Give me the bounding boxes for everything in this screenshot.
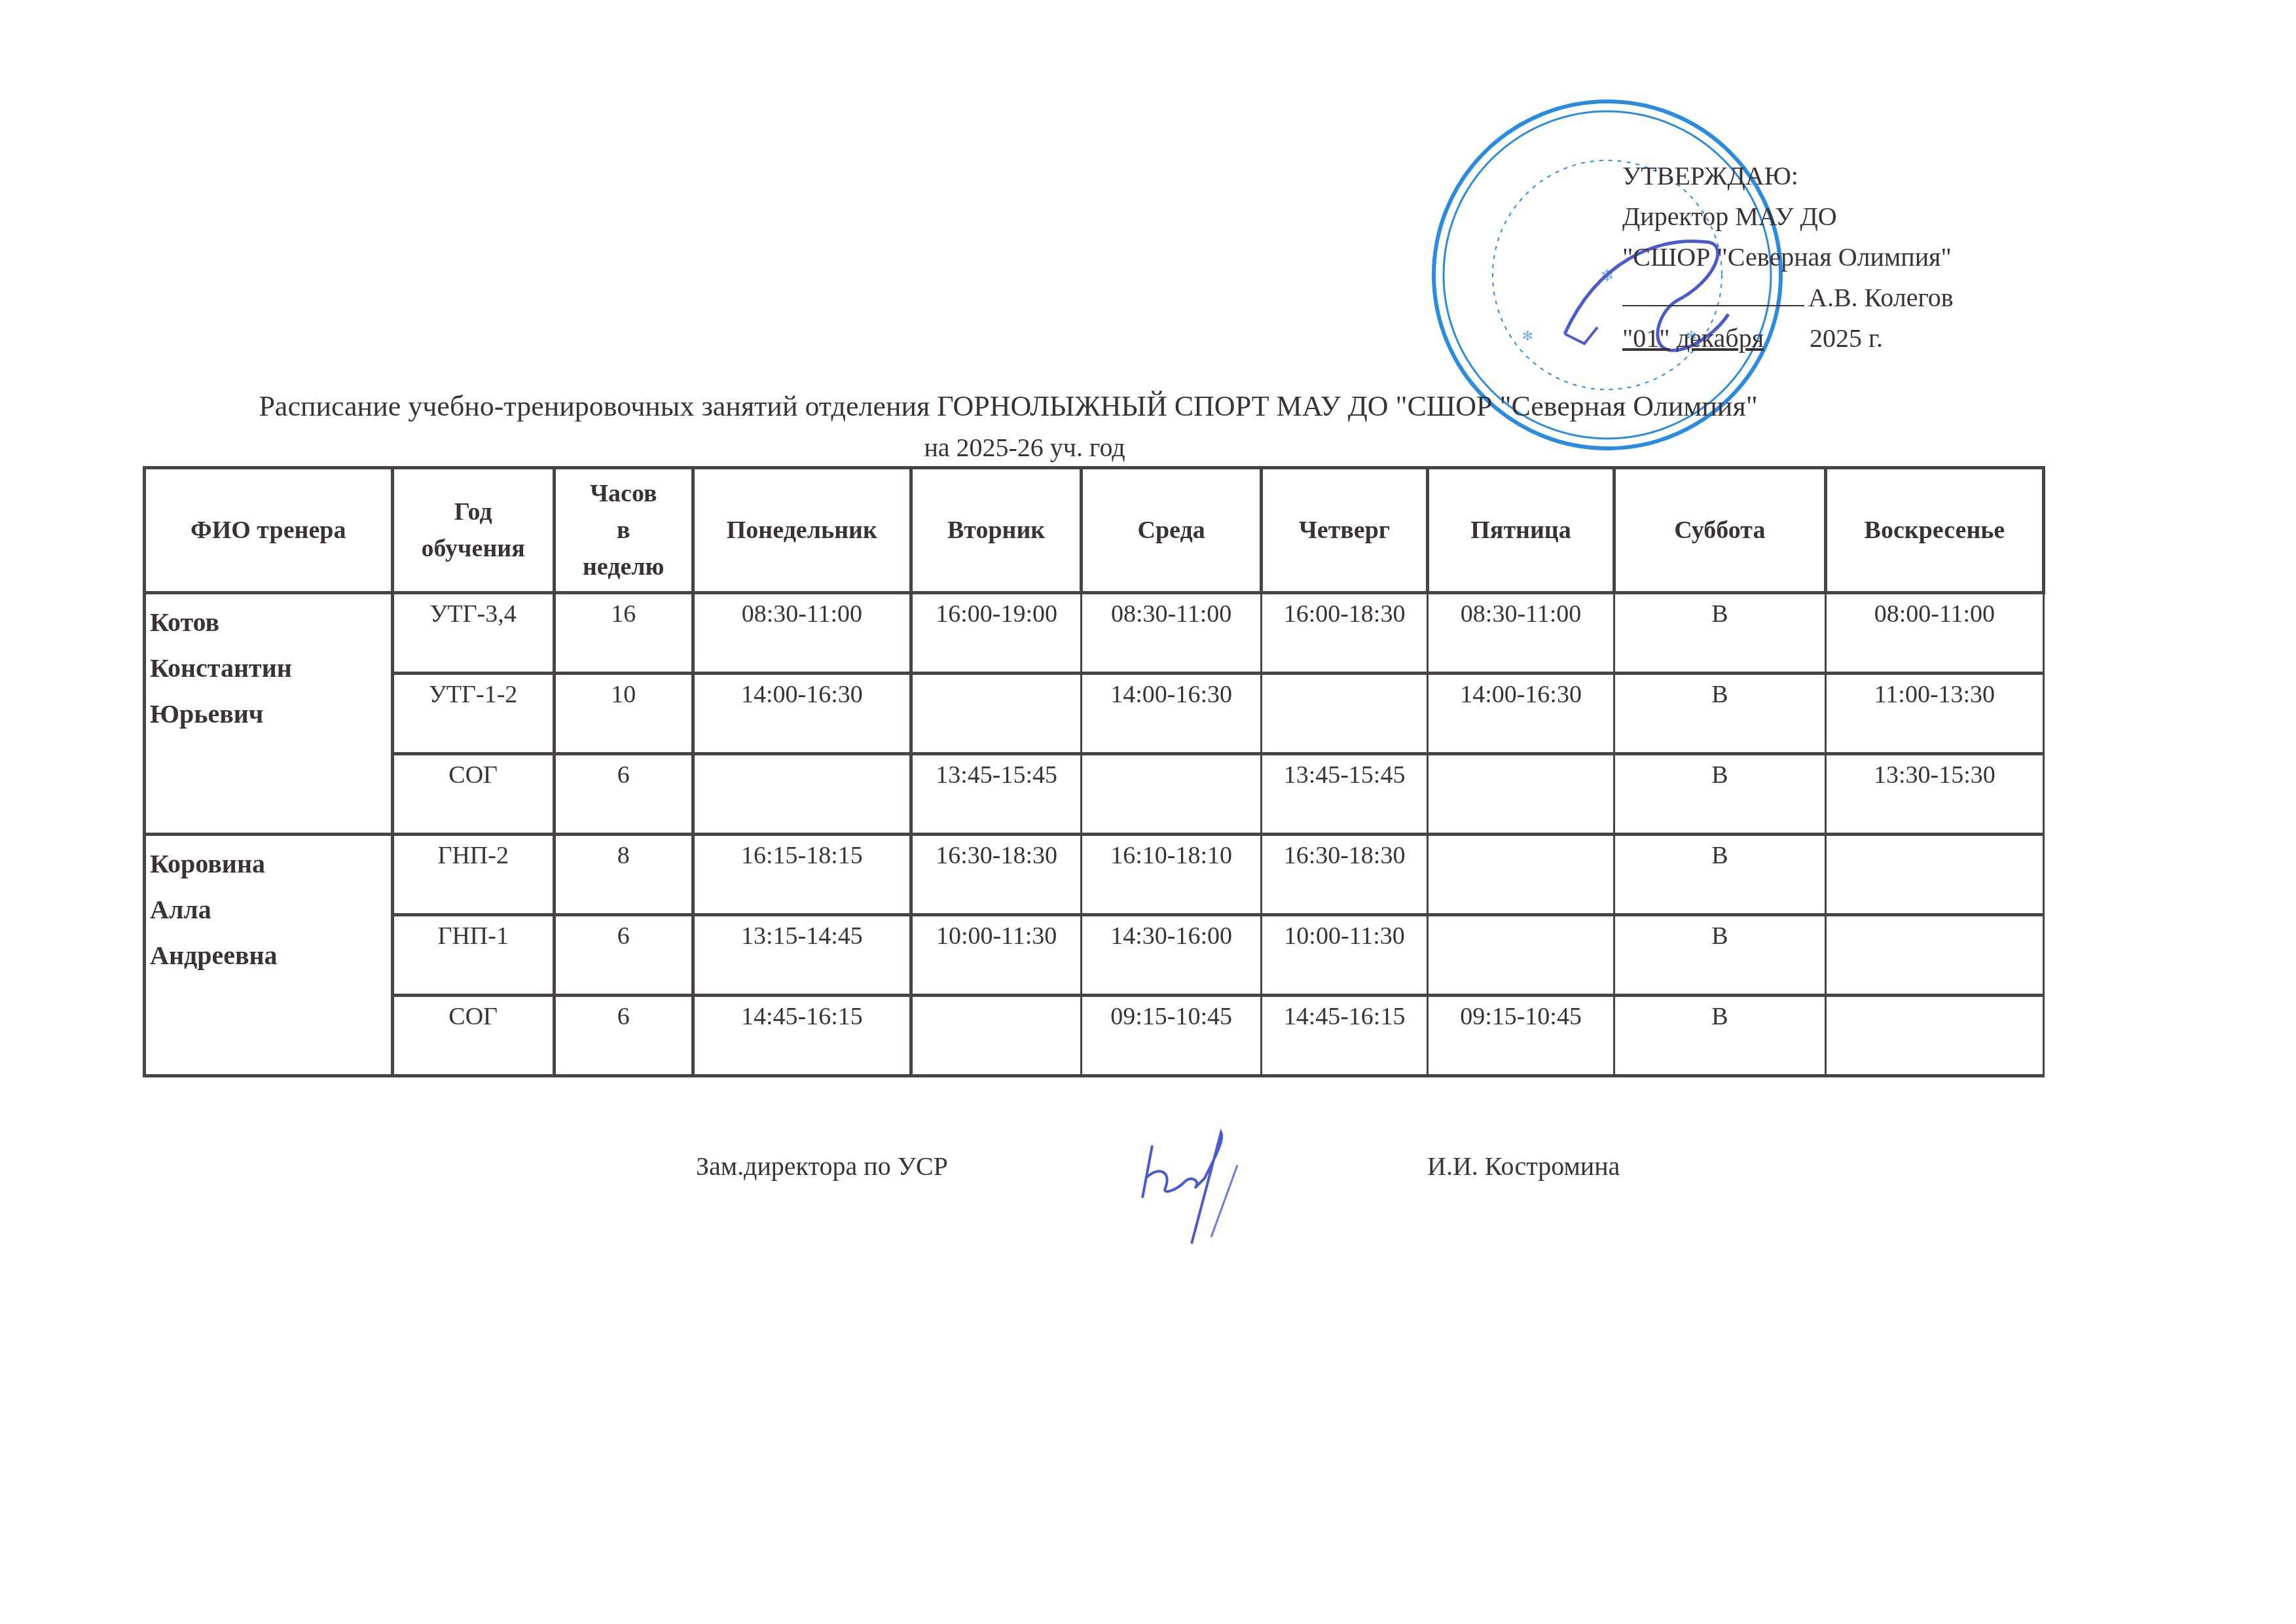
header-sun: Воскресенье [1825, 468, 2043, 593]
cell-mon: 16:15-18:15 [693, 835, 911, 915]
cell-mon [693, 754, 911, 835]
cell-wed: 14:00-16:30 [1082, 674, 1262, 754]
header-tue: Вторник [911, 468, 1081, 593]
cell-hours: 8 [554, 835, 693, 915]
cell-sun [1825, 915, 2043, 996]
cell-fri: 08:30-11:00 [1428, 593, 1614, 674]
cell-fri: 14:00-16:30 [1428, 674, 1614, 754]
approval-heading: УТВЕРЖДАЮ: [1622, 156, 1954, 196]
cell-tue: 16:00-19:00 [911, 593, 1081, 674]
cell-group: ГНП-1 [392, 915, 554, 996]
table-row: Котов Константин Юрьевич УТГ-3,4 16 08:3… [145, 593, 2044, 674]
signature-line [1622, 304, 1804, 306]
cell-sat: В [1614, 754, 1825, 835]
cell-thu: 16:00-18:30 [1261, 593, 1427, 674]
cell-fri [1428, 915, 1614, 996]
cell-hours: 6 [554, 754, 693, 835]
header-sat: Суббота [1614, 468, 1825, 593]
header-year: Годобучения [392, 468, 554, 593]
cell-thu: 16:30-18:30 [1261, 835, 1427, 915]
document-subtitle: на 2025-26 уч. год [0, 432, 2049, 463]
cell-wed: 14:30-16:00 [1082, 915, 1262, 996]
header-coach: ФИО тренера [145, 468, 393, 593]
cell-sat: В [1614, 593, 1825, 674]
header-wed: Среда [1082, 468, 1262, 593]
cell-sun [1825, 996, 2043, 1076]
cell-tue: 10:00-11:30 [911, 915, 1081, 996]
schedule-table: ФИО тренера Годобучения Часоввнеделю Пон… [143, 466, 2045, 1077]
header-thu: Четверг [1261, 468, 1427, 593]
header-hours: Часоввнеделю [554, 468, 693, 593]
cell-thu: 14:45-16:15 [1261, 996, 1427, 1076]
cell-thu: 10:00-11:30 [1261, 915, 1427, 996]
table-row: Коровина Алла Андреевна ГНП-2 8 16:15-18… [145, 835, 2044, 915]
cell-thu: 13:45-15:45 [1261, 754, 1427, 835]
approval-date-year: 2025 г. [1810, 323, 1883, 353]
document-title: Расписание учебно-тренировочных занятий … [0, 389, 2016, 423]
cell-group: УТГ-1-2 [392, 674, 554, 754]
cell-sun [1825, 835, 2043, 915]
cell-tue [911, 996, 1081, 1076]
cell-group: СОГ [392, 754, 554, 835]
cell-tue [911, 674, 1081, 754]
cell-sat: В [1614, 674, 1825, 754]
cell-tue: 16:30-18:30 [911, 835, 1081, 915]
cell-sun: 11:00-13:30 [1825, 674, 2043, 754]
cell-thu [1261, 674, 1427, 754]
cell-sun: 08:00-11:00 [1825, 593, 2043, 674]
cell-hours: 16 [554, 593, 693, 674]
approval-date-month: декабря [1677, 323, 1764, 353]
cell-fri [1428, 754, 1614, 835]
header-mon: Понедельник [693, 468, 911, 593]
cell-sun: 13:30-15:30 [1825, 754, 2043, 835]
cell-mon: 14:45-16:15 [693, 996, 911, 1076]
svg-text:✻: ✻ [1522, 328, 1533, 344]
cell-hours: 6 [554, 996, 693, 1076]
cell-wed: 09:15-10:45 [1082, 996, 1262, 1076]
cell-sat: В [1614, 996, 1825, 1076]
footer-name: И.И. Костромина [1427, 1151, 1620, 1182]
header-fri: Пятница [1428, 468, 1614, 593]
cell-mon: 13:15-14:45 [693, 915, 911, 996]
approval-date-day: "01" [1622, 323, 1670, 353]
cell-hours: 10 [554, 674, 693, 754]
cell-wed [1082, 754, 1262, 835]
table-row: УТГ-1-2 10 14:00-16:30 14:00-16:30 14:00… [145, 674, 2044, 754]
approval-position: Директор МАУ ДО [1622, 196, 1954, 237]
approval-block: УТВЕРЖДАЮ: Директор МАУ ДО "СШОР "Северн… [1622, 156, 1954, 359]
cell-sat: В [1614, 835, 1825, 915]
cell-tue: 13:45-15:45 [911, 754, 1081, 835]
cell-fri: 09:15-10:45 [1428, 996, 1614, 1076]
cell-sat: В [1614, 915, 1825, 996]
table-row: СОГ 6 14:45-16:15 09:15-10:45 14:45-16:1… [145, 996, 2044, 1076]
footer-role: Зам.директора по УСР [696, 1151, 948, 1182]
cell-wed: 08:30-11:00 [1082, 593, 1262, 674]
coach-name: Коровина Алла Андреевна [145, 835, 393, 1076]
cell-group: УТГ-3,4 [392, 593, 554, 674]
table-header-row: ФИО тренера Годобучения Часоввнеделю Пон… [145, 468, 2044, 593]
cell-group: ГНП-2 [392, 835, 554, 915]
approval-organization: "СШОР "Северная Олимпия" [1622, 237, 1954, 278]
approval-signatory: А.В. Колегов [1808, 283, 1954, 312]
cell-hours: 6 [554, 915, 693, 996]
cell-mon: 14:00-16:30 [693, 674, 911, 754]
coach-name: Котов Константин Юрьевич [145, 593, 393, 835]
table-row: ГНП-1 6 13:15-14:45 10:00-11:30 14:30-16… [145, 915, 2044, 996]
cell-group: СОГ [392, 996, 554, 1076]
cell-mon: 08:30-11:00 [693, 593, 911, 674]
cell-wed: 16:10-18:10 [1082, 835, 1262, 915]
deputy-signature [1139, 1126, 1270, 1250]
table-row: СОГ 6 13:45-15:45 13:45-15:45 В 13:30-15… [145, 754, 2044, 835]
cell-fri [1428, 835, 1614, 915]
